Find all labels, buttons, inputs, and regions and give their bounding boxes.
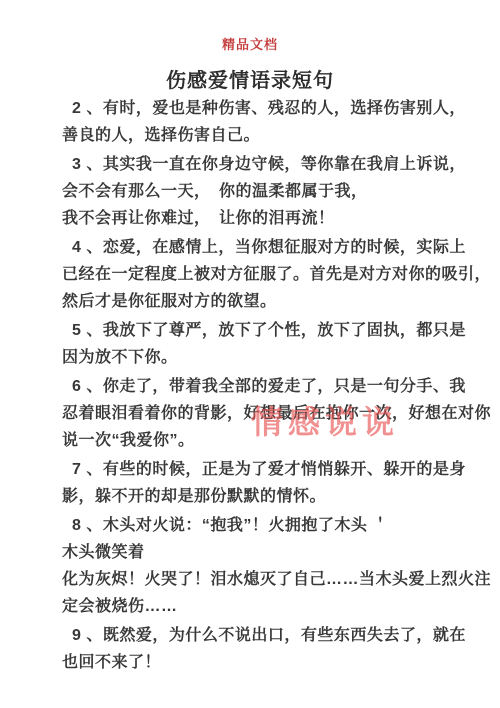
- document-header-label: 精品文档: [0, 34, 500, 53]
- text-line: 善良的人，选择伤害自己。: [62, 122, 415, 149]
- text-line: 2 、有时，爱也是种伤害、残忍的人，选择伤害别人，: [62, 95, 415, 122]
- text-line: 已经在一定程度上被对方征服了。首先是对方对你的吸引，: [62, 261, 415, 288]
- text-line: 说一次“我爱你”。: [62, 427, 415, 454]
- text-line: 影，躲不开的却是那份默默的情怀。: [62, 483, 415, 510]
- text-line: 3 、其实我一直在你身边守候，等你靠在我肩上诉说，: [62, 151, 415, 178]
- text-line: 6 、你走了，带着我全部的爱走了，只是一句分手、我: [62, 373, 415, 400]
- text-line: 忍着眼泪看着你的背影，好想最后在抱你一次，好想在对你: [62, 400, 415, 427]
- text-line: 然后才是你征服对方的欲望。: [62, 288, 415, 315]
- document-page: 精品文档 伤感爱情语录短句 2 、有时，爱也是种伤害、残忍的人，选择伤害别人，善…: [0, 0, 500, 708]
- text-line: 木头微笑着: [62, 539, 415, 566]
- text-line: 8 、木头对火说：“抱我”！火拥抱了木头 ＇: [62, 512, 415, 539]
- text-line: 4 、恋爱，在感情上，当你想征服对方的时候，实际上: [62, 234, 415, 261]
- page-title: 伤感爱情语录短句: [0, 64, 500, 93]
- document-body: 2 、有时，爱也是种伤害、残忍的人，选择伤害别人，善良的人，选择伤害自己。3 、…: [62, 93, 415, 676]
- text-line: 5 、我放下了尊严，放下了个性，放下了固执，都只是: [62, 317, 415, 344]
- text-line: 因为放不下你。: [62, 344, 415, 371]
- text-line: 化为灰烬！火哭了！泪水熄灭了自己……当木头爱上烈火注: [62, 566, 415, 593]
- text-line: 定会被烧伤……: [62, 593, 415, 620]
- text-line: 也回不来了！: [62, 649, 415, 676]
- text-line: 7 、有些的时候，正是为了爱才悄悄躲开、躲开的是身: [62, 456, 415, 483]
- text-line: 我不会再让你难过， 让你的泪再流！: [62, 205, 415, 232]
- text-line: 会不会有那么一天， 你的温柔都属于我，: [62, 178, 415, 205]
- text-line: 9 、既然爱，为什么不说出口，有些东西失去了，就在: [62, 622, 415, 649]
